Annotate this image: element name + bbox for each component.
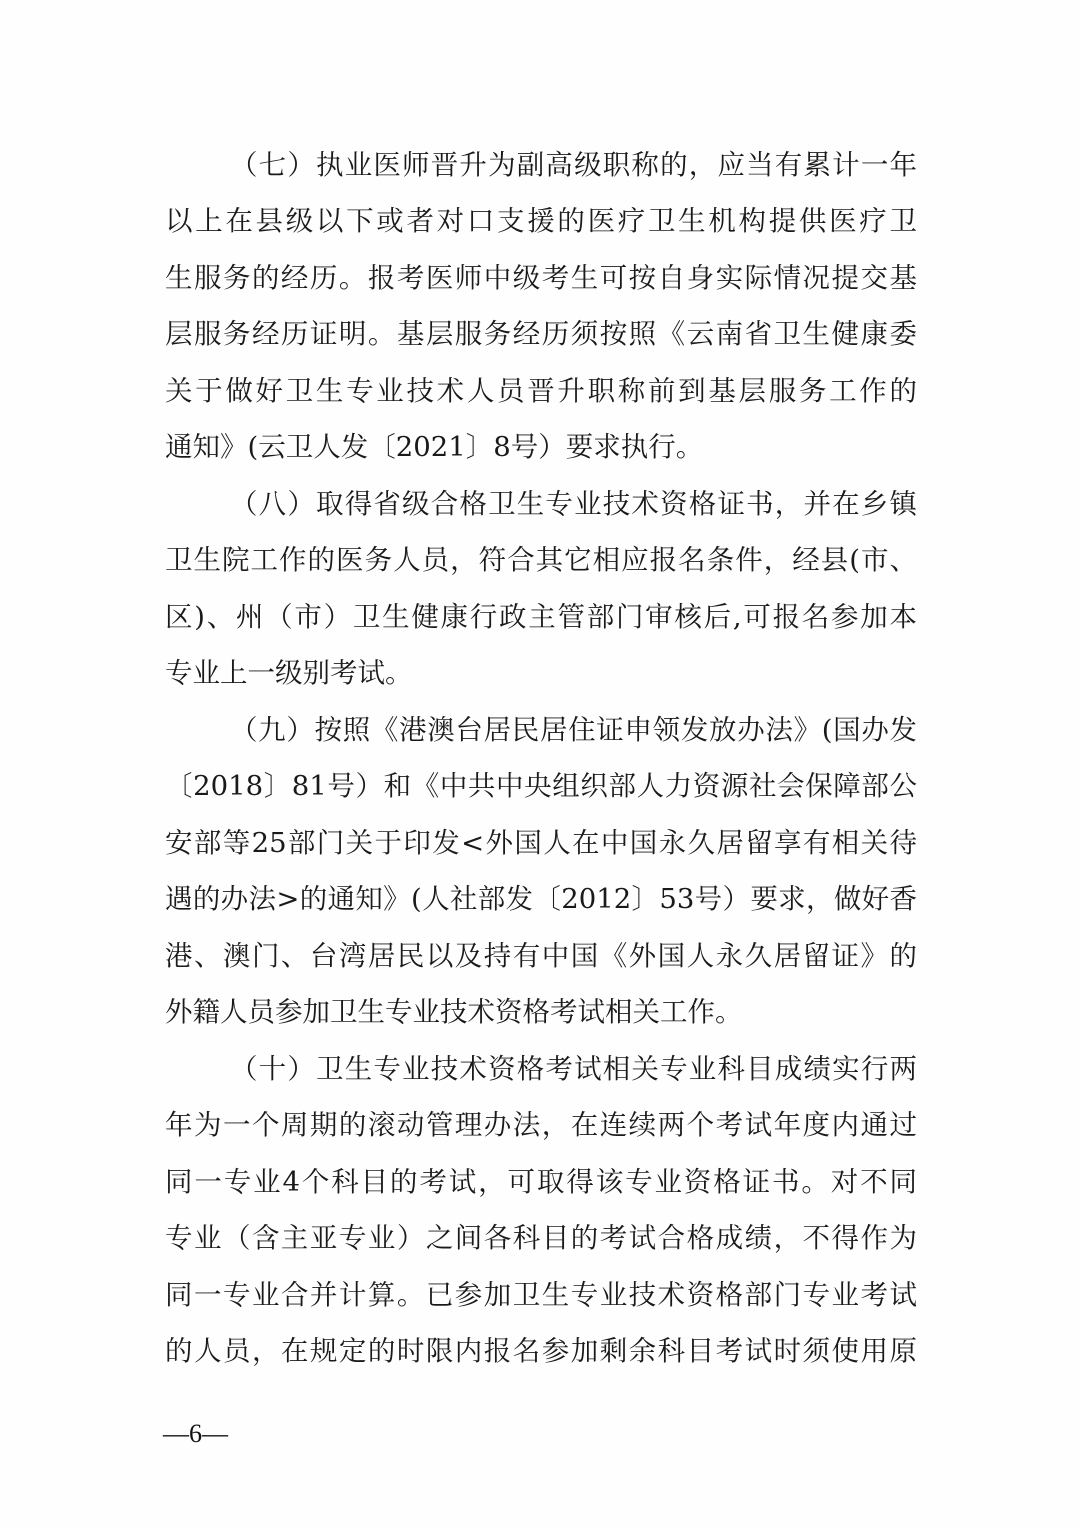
paragraph-10-line-2: 年为一个周期的滚动管理办法，在连续两个考试年度内通过 <box>165 1105 917 1145</box>
paragraph-9-line-2: 〔2018〕81号）和《中共中央组织部人力资源社会保障部公 <box>165 766 917 806</box>
paragraph-9-line-3: 安部等25部门关于印发<外国人在中国永久居留享有相关待 <box>165 823 917 863</box>
page-number: —6— <box>163 1419 228 1449</box>
paragraph-10-line-3: 同一专业4个科目的考试，可取得该专业资格证书。对不同 <box>165 1162 917 1202</box>
paragraph-9-line-5: 港、澳门、台湾居民以及持有中国《外国人永久居留证》的 <box>165 936 917 976</box>
paragraph-10-line-1: （十）卫生专业技术资格考试相关专业科目成绩实行两 <box>230 1049 917 1089</box>
paragraph-7-line-1: （七）执业医师晋升为副高级职称的，应当有累计一年 <box>230 145 917 185</box>
paragraph-10-line-6: 的人员，在规定的时限内报名参加剩余科目考试时须使用原 <box>165 1331 917 1371</box>
paragraph-8-line-1: （八）取得省级合格卫生专业技术资格证书，并在乡镇 <box>230 484 917 524</box>
paragraph-10-line-5: 同一专业合并计算。已参加卫生专业技术资格部门专业考试 <box>165 1275 917 1315</box>
paragraph-9-line-6: 外籍人员参加卫生专业技术资格考试相关工作。 <box>165 992 917 1032</box>
paragraph-7-line-3: 生服务的经历。报考医师中级考生可按自身实际情况提交基 <box>165 258 917 298</box>
paragraph-8-line-2: 卫生院工作的医务人员，符合其它相应报名条件，经县(市、 <box>165 540 917 580</box>
paragraph-7-line-2: 以上在县级以下或者对口支援的医疗卫生机构提供医疗卫 <box>165 201 917 241</box>
paragraph-9-line-4: 遇的办法>的通知》(人社部发〔2012〕53号）要求，做好香 <box>165 879 917 919</box>
paragraph-7-line-5: 关于做好卫生专业技术人员晋升职称前到基层服务工作的 <box>165 371 917 411</box>
paragraph-7-line-4: 层服务经历证明。基层服务经历须按照《云南省卫生健康委 <box>165 314 917 354</box>
paragraph-10-line-4: 专业（含主亚专业）之间各科目的考试合格成绩，不得作为 <box>165 1218 917 1258</box>
paragraph-9-line-1: （九）按照《港澳台居民居住证申领发放办法》(国办发 <box>230 710 917 750</box>
paragraph-8-line-3: 区)、州（市）卫生健康行政主管部门审核后,可报名参加本 <box>165 597 917 637</box>
document-page: （七）执业医师晋升为副高级职称的，应当有累计一年 以上在县级以下或者对口支援的医… <box>0 0 1080 1527</box>
paragraph-8-line-4: 专业上一级别考试。 <box>165 653 917 693</box>
paragraph-7-line-6: 通知》(云卫人发〔2021〕8号）要求执行。 <box>165 427 917 467</box>
